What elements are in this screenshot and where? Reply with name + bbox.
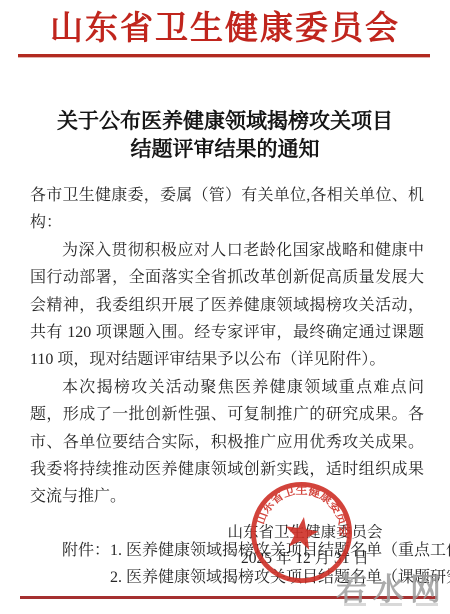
document-title-line2: 结题评审结果的通知 (30, 135, 420, 163)
body-paragraph-1: 为深入贯彻积极应对人口老龄化国家战略和健康中国行动部署，全面落实全省抓改革创新促… (30, 237, 424, 374)
signature-org: 山东省卫生健康委员会 (215, 520, 395, 546)
issuing-org-header: 山东省卫生健康委员会 (10, 7, 440, 51)
body-paragraph-2: 本次揭榜攻关活动聚焦医养健康领域重点难点问题，形成了一批创新性强、可复制推广的研… (30, 374, 424, 511)
document-title-line1: 关于公布医养健康领域揭榜攻关项目 (30, 107, 420, 135)
document-page: 山东省卫生健康委员会 关于公布医养健康领域揭榜攻关项目 结题评审结果的通知 各市… (0, 0, 450, 614)
document-title: 关于公布医养健康领域揭榜攻关项目 结题评审结果的通知 (30, 107, 420, 163)
watermark-sub-mark (380, 603, 402, 606)
header-red-rule (18, 54, 430, 58)
salutation-line: 各市卫生健康委，委属（管）有关单位,各相关单位、机构： (30, 182, 424, 237)
watermark-sub-mark (416, 603, 438, 606)
watermark-sub-mark (344, 603, 366, 606)
document-body: 各市卫生健康委，委属（管）有关单位,各相关单位、机构： 为深入贯彻积极应对人口老… (30, 182, 424, 511)
attachments-label: 附件： (62, 537, 110, 592)
watermark-sub-marks (344, 603, 438, 606)
